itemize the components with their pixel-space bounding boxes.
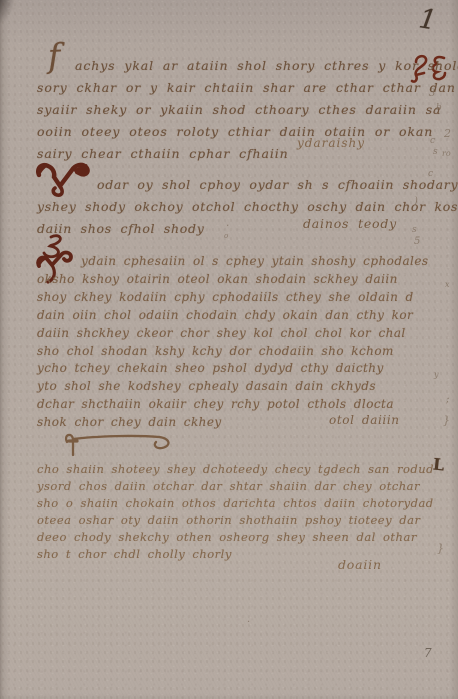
voynich-paragraph-4: cho shaiin shoteey shey dchoteedy checy …: [37, 461, 434, 563]
margin-mark: s: [412, 225, 417, 235]
voynich-text-line: oksho kshoy otairin oteol okan shodain s…: [37, 271, 429, 289]
voynich-text-line: deeo chody shekchy othen osheorg shey sh…: [37, 529, 434, 546]
voynich-text-line: dain oiin chol odaiin chodain chdy okain…: [37, 307, 429, 325]
margin-mark: ro: [442, 149, 451, 158]
gallows-flourish-icon: [57, 430, 179, 456]
margin-mark-dark: L: [432, 454, 445, 474]
voynich-text-line: daiin shckhey ckeor chor shey kol chol c…: [37, 325, 429, 343]
voynich-text-line: ycho tchey chekain sheo pshol dydyd cthy…: [37, 360, 429, 378]
paragraph-4-tail: doaiin: [338, 557, 382, 572]
voynich-text-line: yto shol she kodshey cphealy dasain dain…: [37, 378, 429, 396]
voynich-text-line: dchar shcthaiin okaiir chey rchy potol c…: [37, 396, 429, 414]
margin-mark: ): [414, 196, 418, 207]
plate-number: 7: [424, 646, 432, 660]
margin-mark: ;: [446, 394, 449, 405]
margin-mark: s: [433, 147, 438, 157]
voynich-text-line: cho shaiin shoteey shey dchoteedy checy …: [37, 461, 434, 478]
margin-mark: o: [224, 232, 228, 240]
voynich-text-line: oteea oshar oty daiin othorin shothaiin …: [37, 512, 434, 529]
voynich-text-line: ydain cphesaiin ol s cphey ytain shoshy …: [37, 253, 429, 271]
voynich-text-line: sho o shaiin chokain othos darichta chto…: [37, 495, 434, 512]
voynich-paragraph-3: ydain cphesaiin ol s cphey ytain shoshy …: [37, 253, 429, 432]
voynich-text-line: odar oy shol cphoy oydar sh s cfhoaiin s…: [37, 174, 458, 196]
margin-mark: y: [434, 370, 439, 379]
voynich-text-line: sory ckhar or y kair chtaiin shar are ct…: [37, 77, 458, 99]
voynich-text-line: sho chol shodan kshy kchy dor chodaiin s…: [37, 343, 429, 361]
margin-mark: 3: [429, 88, 435, 99]
margin-mark: ·: [226, 219, 230, 232]
voynich-text-line: sairy chear cthaiin cphar cfhaiin: [37, 143, 458, 165]
margin-mark: b: [436, 103, 442, 113]
voynich-text-line: achys ykal ar ataiin shol shory cthres y…: [37, 55, 458, 77]
margin-mark: .: [247, 614, 250, 625]
margin-mark: c: [428, 169, 433, 179]
margin-mark: }: [437, 542, 444, 555]
voynich-paragraph-1: achys ykal ar ataiin shol shory cthres y…: [37, 55, 458, 165]
voynich-text-line: shoy ckhey kodaiin cphy cphodaiils cthey…: [37, 289, 429, 307]
paragraph-3-tail: otol daiiin: [329, 413, 400, 427]
paragraph-2-tail: dainos teody: [303, 216, 397, 231]
folio-number: 1: [417, 3, 446, 37]
voynich-text-line: ysord chos daiin otchar dar shtar shaiin…: [37, 478, 434, 495]
margin-mark: x: [445, 280, 450, 289]
paragraph-1-tail: ydaraishy: [297, 136, 365, 150]
margin-mark: 5: [414, 236, 420, 247]
voynich-text-line: yshey shody okchoy otchol chocthy oschy …: [37, 196, 458, 218]
voynich-text-line: ooiin oteey oteos roloty cthiar daiin ot…: [37, 121, 458, 143]
margin-mark: }: [443, 414, 450, 427]
margin-mark: c: [430, 136, 435, 146]
voynich-text-line: syaiir sheky or ykaiin shod cthoary cthe…: [37, 99, 458, 121]
margin-mark: 2: [444, 127, 451, 140]
manuscript-page: 1 f achys ykal ar ataiin shol shory cthr…: [0, 0, 458, 699]
